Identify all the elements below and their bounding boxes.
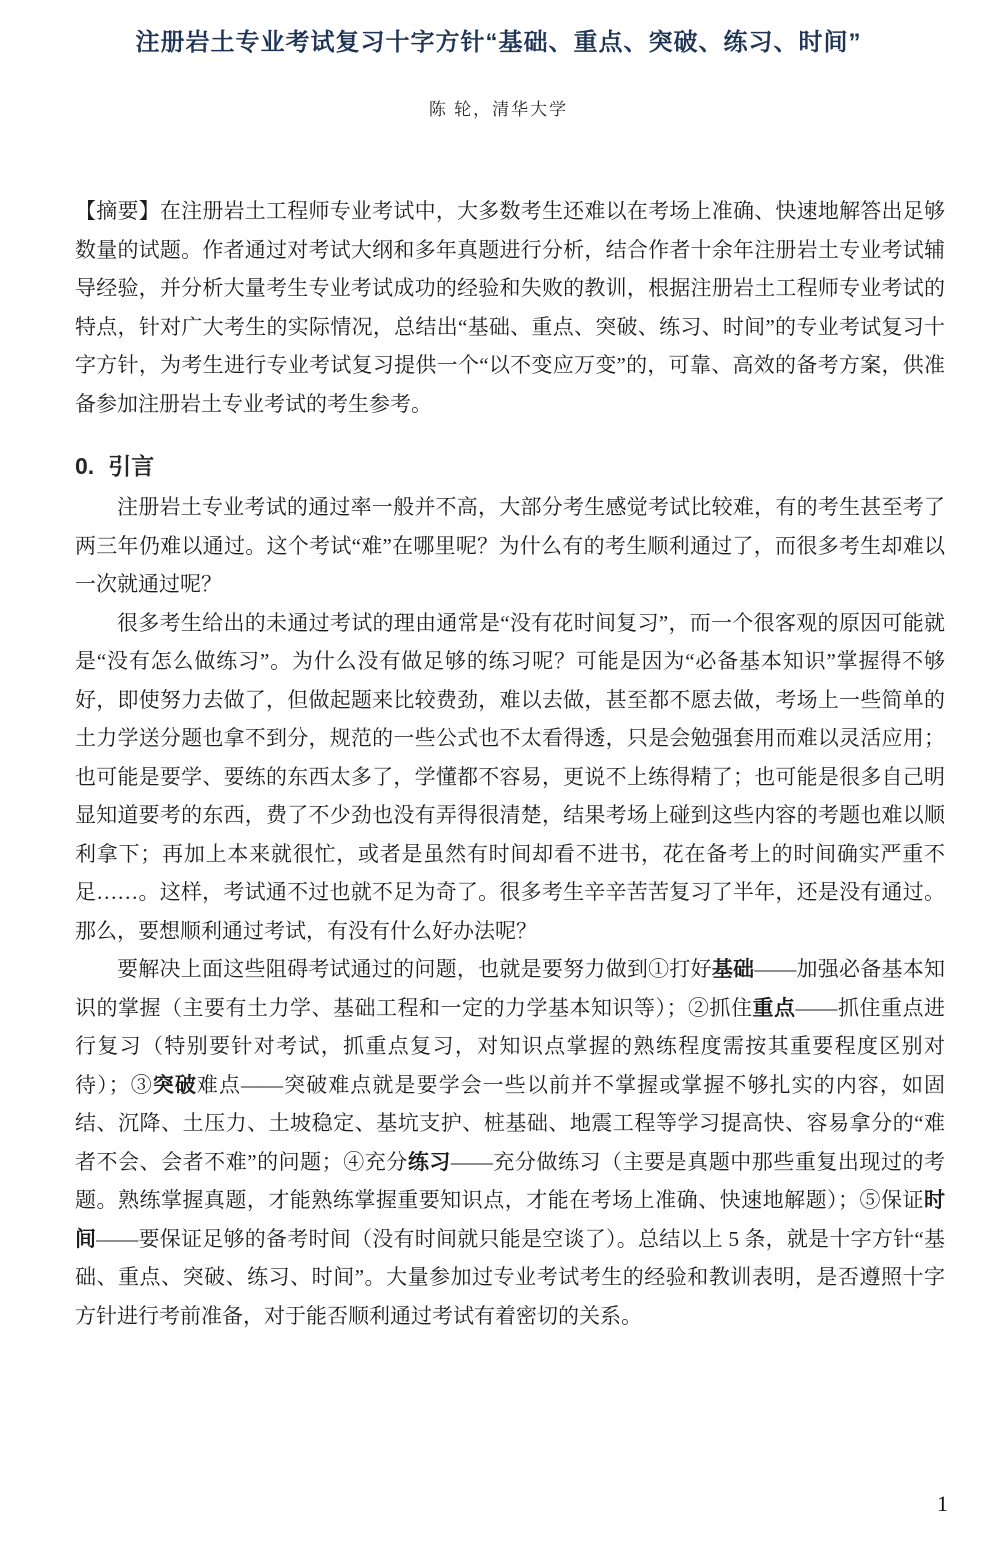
- author-line: 陈 轮，清华大学: [0, 98, 997, 122]
- paragraph: 很多考生给出的未通过考试的理由通常是“没有花时间复习”，而一个很客观的原因可能就…: [75, 604, 945, 951]
- page-number: 1: [937, 1491, 948, 1517]
- emphasis-text: 重点: [753, 996, 796, 1020]
- section-heading: 0.引言: [75, 450, 945, 482]
- paragraph: 要解决上面这些阻碍考试通过的问题，也就是要努力做到①打好基础——加强必备基本知识…: [75, 950, 945, 1335]
- body-text: ——要保证足够的备考时间（没有时间就只能是空谈了）。总结以上 5 条，就是十字方…: [75, 1227, 945, 1328]
- body-paragraphs: 注册岩土专业考试的通过率一般并不高，大部分考生感觉考试比较难，有的考生甚至考了两…: [75, 488, 945, 1335]
- emphasis-text: 突破: [153, 1073, 197, 1097]
- document-body: 【摘要】在注册岩土工程师专业考试中，大多数考生还难以在考场上准确、快速地解答出足…: [0, 192, 997, 1335]
- section-title: 引言: [108, 453, 154, 479]
- body-text: 很多考生给出的未通过考试的理由通常是“没有花时间复习”，而一个很客观的原因可能就…: [75, 611, 945, 943]
- section-number: 0.: [75, 453, 94, 479]
- emphasis-text: 练习: [408, 1150, 451, 1174]
- body-text: 要解决上面这些阻碍考试通过的问题，也就是要努力做到①打好: [117, 957, 712, 981]
- document-title: 注册岩土专业考试复习十字方针“基础、重点、突破、练习、时间”: [54, 26, 943, 60]
- paragraph: 注册岩土专业考试的通过率一般并不高，大部分考生感觉考试比较难，有的考生甚至考了两…: [75, 488, 945, 604]
- document-page: 注册岩土专业考试复习十字方针“基础、重点、突破、练习、时间” 陈 轮，清华大学 …: [0, 0, 997, 1542]
- abstract-paragraph: 【摘要】在注册岩土工程师专业考试中，大多数考生还难以在考场上准确、快速地解答出足…: [75, 192, 945, 423]
- body-text: 注册岩土专业考试的通过率一般并不高，大部分考生感觉考试比较难，有的考生甚至考了两…: [75, 495, 945, 596]
- emphasis-text: 基础: [712, 957, 755, 981]
